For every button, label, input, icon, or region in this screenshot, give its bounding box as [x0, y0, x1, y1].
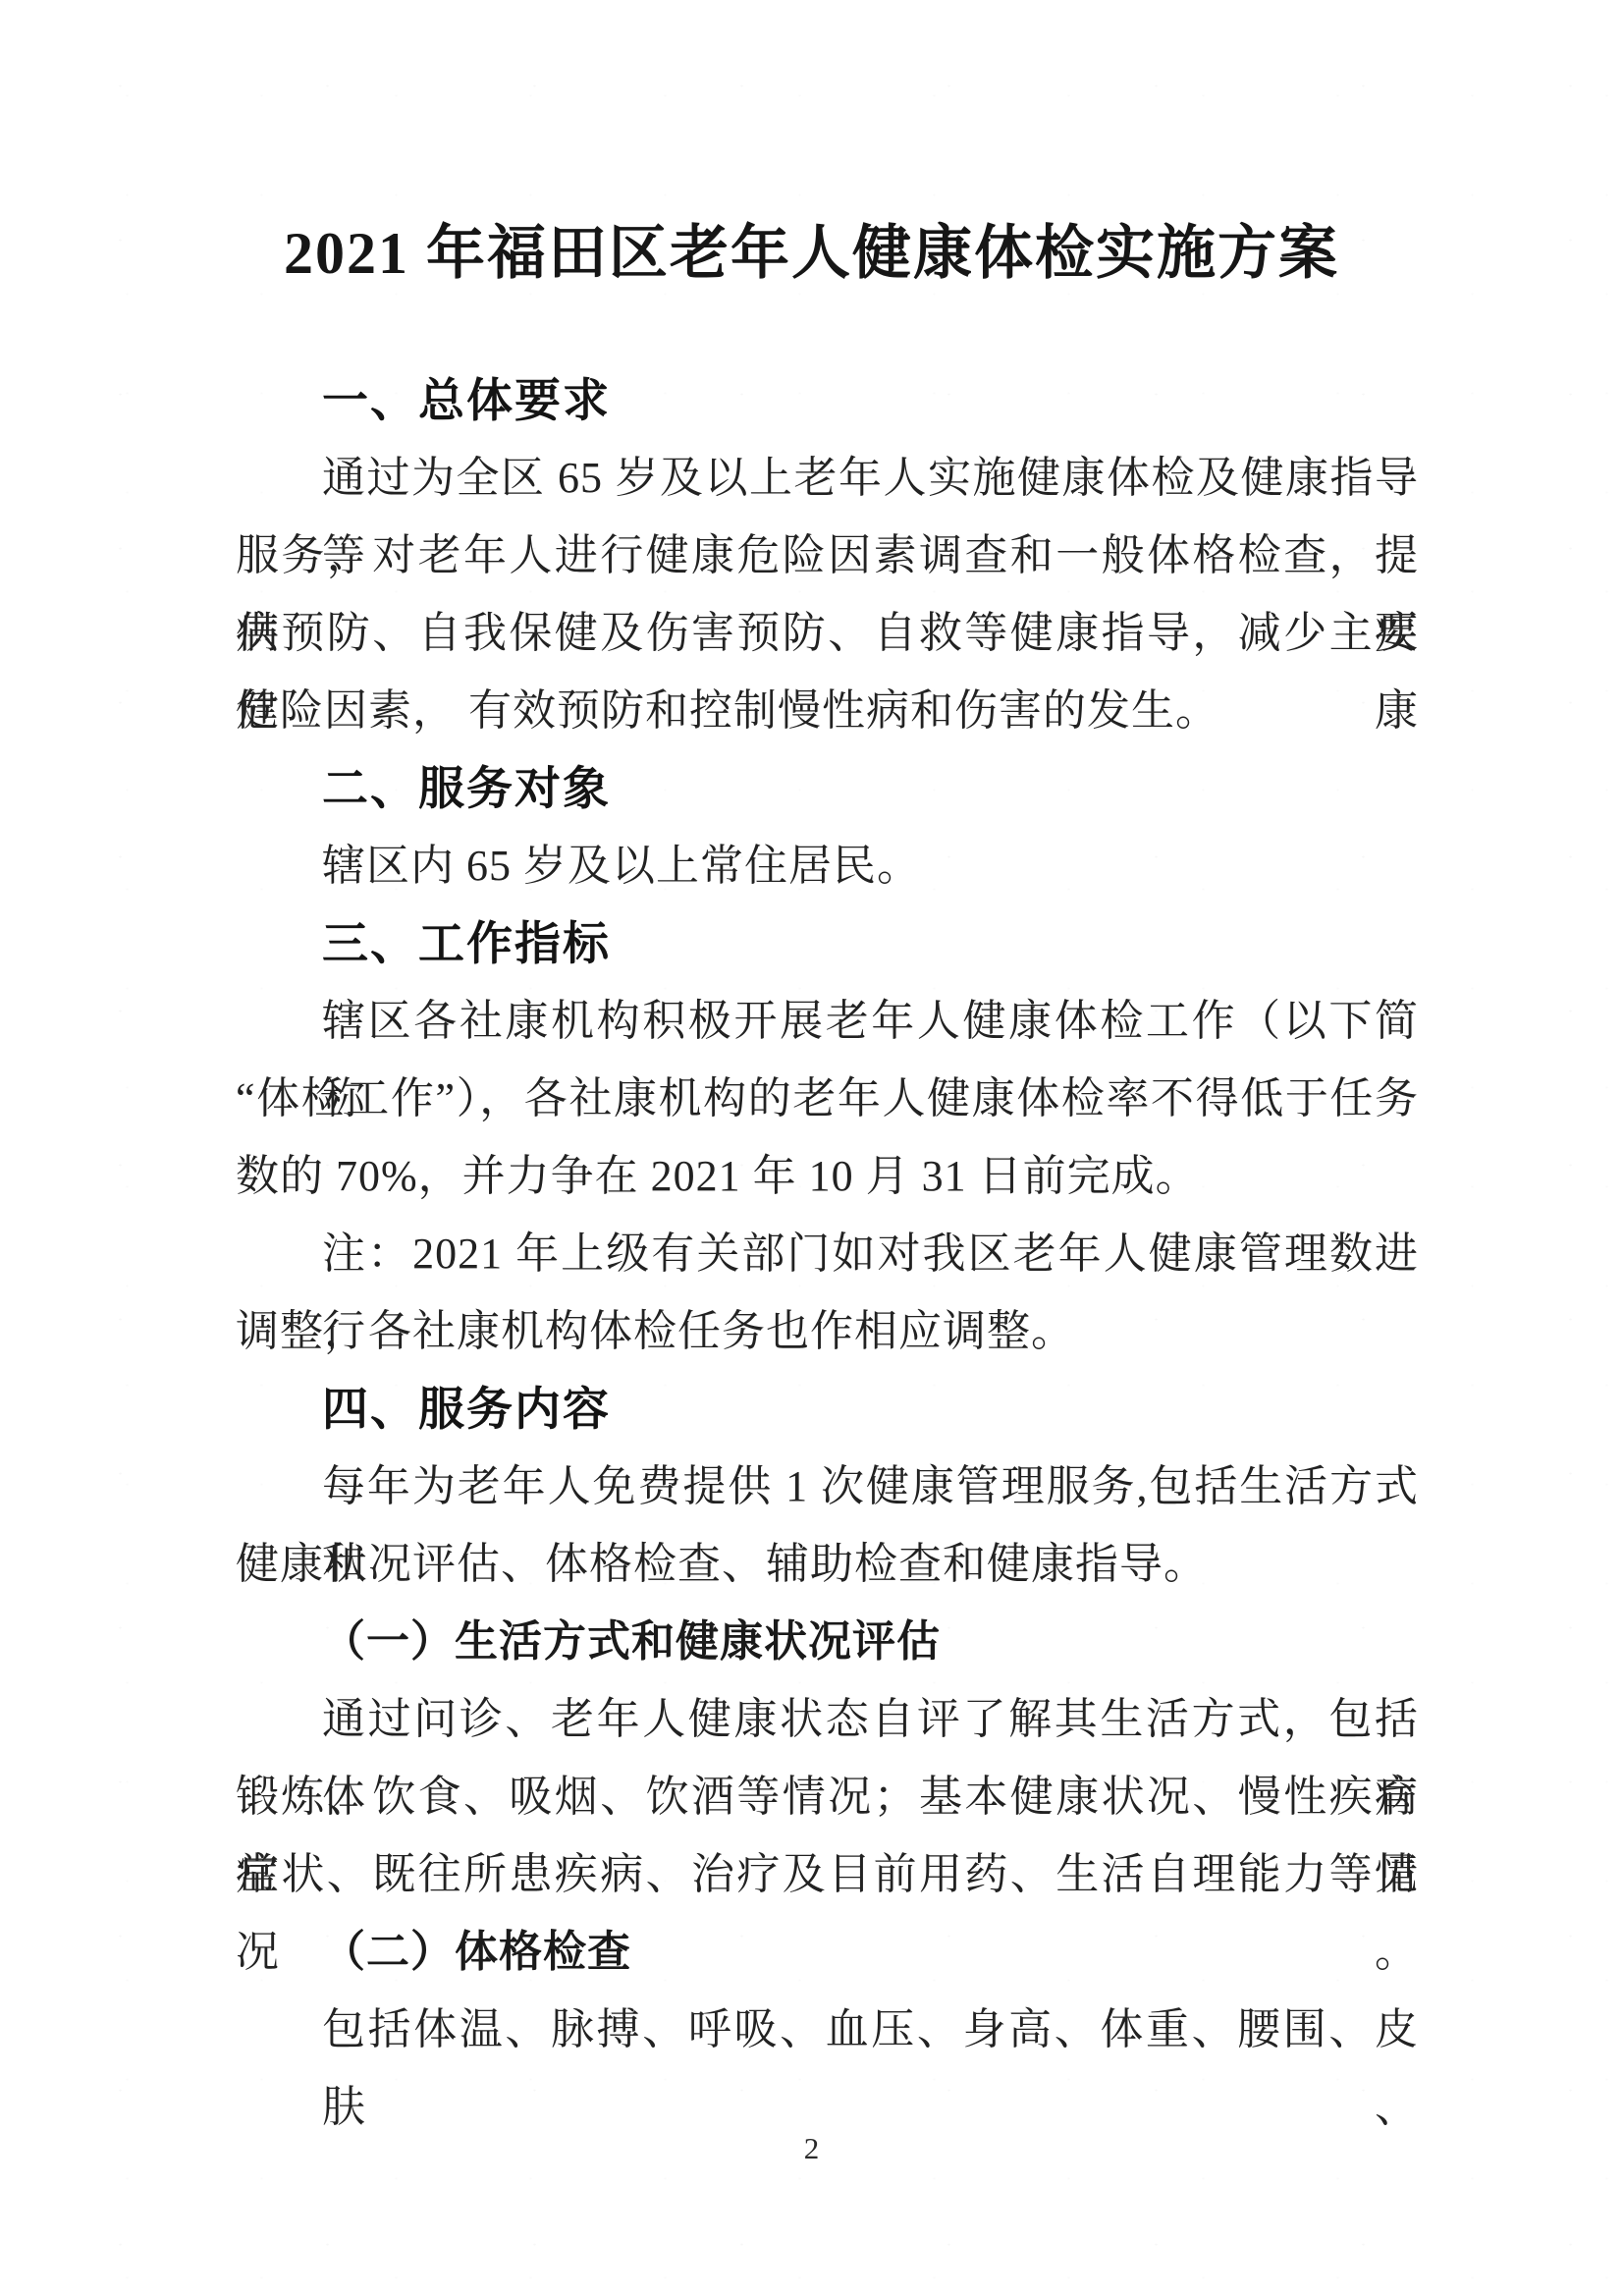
document-body: 一、总体要求通过为全区 65 岁及以上老年人实施健康体检及健康指导等服务，对老年… [236, 361, 1419, 2068]
body-line: 症状、既往所患疾病、治疗及目前用药、生活自理能力等情况。 [236, 1835, 1419, 1913]
body-line: 调整，各社康机构体检任务也作相应调整。 [236, 1292, 1419, 1370]
body-line: 注：2021 年上级有关部门如对我区老年人健康管理数进行 [236, 1215, 1419, 1292]
body-line: 数的 70%，并力争在 2021 年 10 月 31 日前完成。 [236, 1137, 1419, 1215]
body-line: “体检工作”），各社康机构的老年人健康体检率不得低于任务 [236, 1060, 1419, 1137]
page-number: 2 [0, 2123, 1623, 2174]
body-line: 每年为老年人免费提供 1 次健康管理服务,包括生活方式和 [236, 1448, 1419, 1525]
section-heading: 二、服务对象 [236, 749, 1419, 827]
document-title: 2021 年福田区老年人健康体检实施方案 [0, 208, 1623, 299]
document-page: 2021 年福田区老年人健康体检实施方案 一、总体要求通过为全区 65 岁及以上… [0, 0, 1623, 2296]
body-line: 通过为全区 65 岁及以上老年人实施健康体检及健康指导等 [236, 439, 1419, 517]
body-line: 辖区各社康机构积极开展老年人健康体检工作（以下简称 [236, 982, 1419, 1060]
body-line: 通过问诊、老年人健康状态自评了解其生活方式，包括体育 [236, 1680, 1419, 1758]
section-heading: 四、服务内容 [236, 1370, 1419, 1448]
body-line: 服务，对老年人进行健康危险因素调查和一般体格检查，提供疾 [236, 517, 1419, 594]
body-line: 包括体温、脉搏、呼吸、血压、身高、体重、腰围、皮肤、 [236, 1991, 1419, 2068]
section-heading: 一、总体要求 [236, 361, 1419, 439]
body-line: 锻炼、饮食、吸烟、饮酒等情况；基本健康状况、慢性疾病常见 [236, 1758, 1419, 1835]
body-line: 健康状况评估、体格检查、辅助检查和健康指导。 [236, 1525, 1419, 1603]
body-line: 辖区内 65 岁及以上常住居民。 [236, 827, 1419, 904]
section-heading: 三、工作指标 [236, 904, 1419, 982]
body-line: 病预防、自我保健及伤害预防、自救等健康指导，减少主要健康 [236, 594, 1419, 672]
sub-section-heading: （一）生活方式和健康状况评估 [236, 1603, 1419, 1680]
